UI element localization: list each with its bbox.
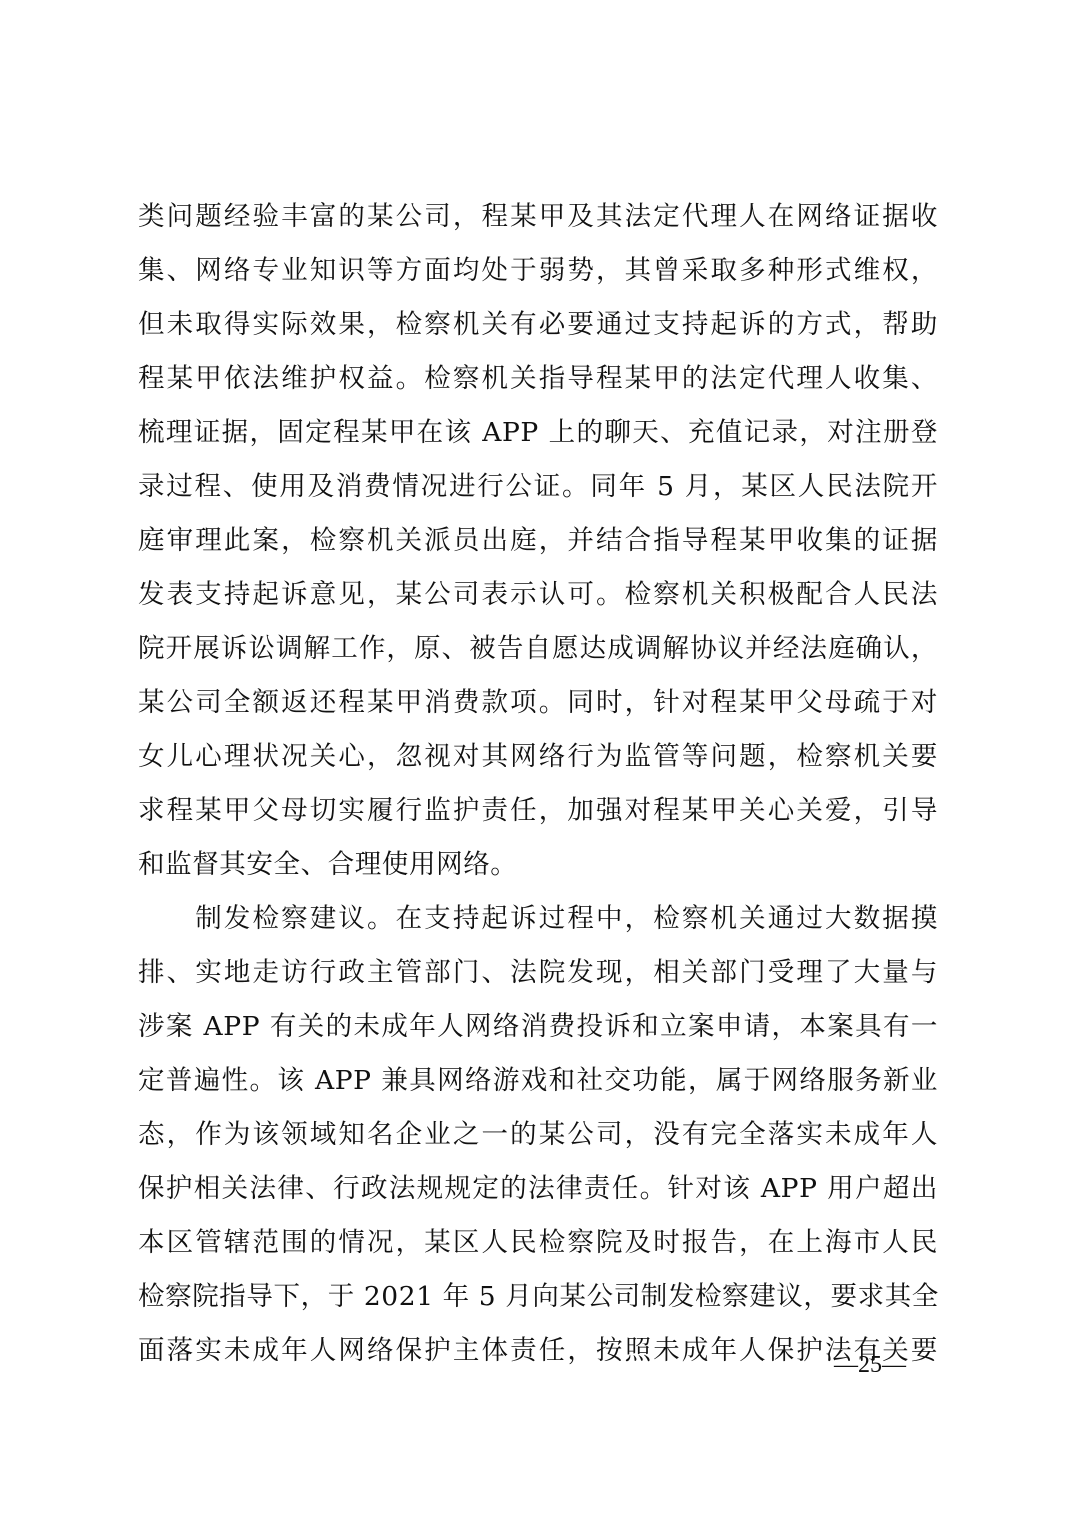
text-line: 但未取得实际效果，检察机关有必要通过支持起诉的方式，帮助: [138, 298, 938, 352]
text-line: 发表支持起诉意见，某公司表示认可。检察机关积极配合人民法: [138, 568, 938, 622]
text-line: 院开展诉讼调解工作，原、被告自愿达成调解协议并经法庭确认，: [138, 622, 938, 676]
text-line: 程某甲依法维护权益。检察机关指导程某甲的法定代理人收集、: [138, 352, 938, 406]
text-line: 本区管辖范围的情况，某区人民检察院及时报告，在上海市人民: [138, 1216, 938, 1270]
text-line: 女儿心理状况关心，忽视对其网络行为监管等问题，检察机关要: [138, 730, 938, 784]
text-line: 庭审理此案，检察机关派员出庭，并结合指导程某甲收集的证据: [138, 514, 938, 568]
text-line: 保护相关法律、行政法规规定的法律责任。针对该 APP 用户超出: [138, 1162, 938, 1216]
text-line: 检察院指导下，于 2021 年 5 月向某公司制发检察建议，要求其全: [138, 1270, 938, 1324]
paragraph-start-line: 制发检察建议。在支持起诉过程中，检察机关通过大数据摸: [138, 892, 938, 946]
text-line: 求程某甲父母切实履行监护责任，加强对程某甲关心关爱，引导: [138, 784, 938, 838]
text-line: 排、实地走访行政主管部门、法院发现，相关部门受理了大量与: [138, 946, 938, 1000]
text-line: 面落实未成年人网络保护主体责任，按照未成年人保护法有关要: [138, 1324, 938, 1378]
text-line: 录过程、使用及消费情况进行公证。同年 5 月，某区人民法院开: [138, 460, 938, 514]
page-number: —25—: [834, 1352, 906, 1379]
paragraph-end-line: 和监督其安全、合理使用网络。: [138, 838, 938, 892]
text-line: 态，作为该领域知名企业之一的某公司，没有完全落实未成年人: [138, 1108, 938, 1162]
text-line: 涉案 APP 有关的未成年人网络消费投诉和立案申请，本案具有一: [138, 1000, 938, 1054]
text-line: 定普遍性。该 APP 兼具网络游戏和社交功能，属于网络服务新业: [138, 1054, 938, 1108]
text-line: 梳理证据，固定程某甲在该 APP 上的聊天、充值记录，对注册登: [138, 406, 938, 460]
text-line: 某公司全额返还程某甲消费款项。同时，针对程某甲父母疏于对: [138, 676, 938, 730]
document-page: 类问题经验丰富的某公司，程某甲及其法定代理人在网络证据收 集、网络专业知识等方面…: [0, 0, 1074, 1520]
body-text: 类问题经验丰富的某公司，程某甲及其法定代理人在网络证据收 集、网络专业知识等方面…: [138, 190, 938, 1378]
text-line: 集、网络专业知识等方面均处于弱势，其曾采取多种形式维权，: [138, 244, 938, 298]
text-line: 类问题经验丰富的某公司，程某甲及其法定代理人在网络证据收: [138, 190, 938, 244]
